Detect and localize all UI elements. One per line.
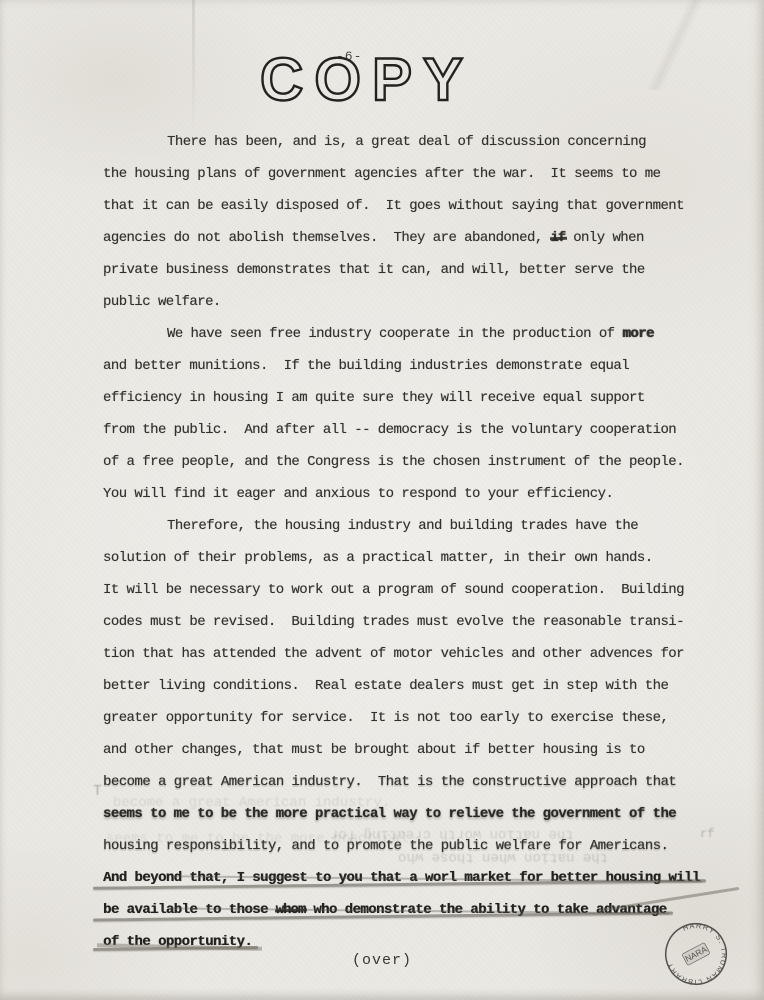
text-line-content: private business demonstrates that it ca… bbox=[103, 262, 645, 278]
text-line-content: from the public. And after all -- democr… bbox=[103, 422, 676, 438]
text-line-content: solution of their problems, as a practic… bbox=[103, 550, 653, 566]
text-line: the housing plans of government agencies… bbox=[103, 166, 715, 198]
text-segment: We have seen free industry cooperate in … bbox=[167, 326, 622, 342]
paper-crease bbox=[192, 0, 195, 135]
text-line: There has been, and is, a great deal of … bbox=[103, 134, 715, 166]
text-segment: that it can be easily disposed of. It go… bbox=[103, 198, 684, 214]
text-line-content: the housing plans of government agencies… bbox=[103, 166, 660, 182]
text-line-content: efficiency in housing I am quite sure th… bbox=[103, 390, 645, 406]
ghost-text: T bbox=[93, 783, 102, 800]
paper-crease bbox=[590, 0, 760, 90]
text-line: of a free people, and the Congress is th… bbox=[103, 454, 715, 486]
text-segment: housing responsibility, and to promote t… bbox=[103, 838, 668, 854]
text-line: and other changes, that must be brought … bbox=[103, 742, 715, 774]
copy-stamp-text: COPY bbox=[260, 46, 474, 112]
text-segment: seems to me to be the more practical way… bbox=[103, 806, 676, 822]
text-line: efficiency in housing I am quite sure th… bbox=[103, 390, 715, 422]
text-line-content: of a free people, and the Congress is th… bbox=[103, 454, 684, 470]
overstruck-word: if bbox=[551, 230, 566, 246]
text-line: private business demonstrates that it ca… bbox=[103, 262, 715, 294]
text-line-content: It will be necessary to work out a progr… bbox=[103, 582, 684, 598]
text-segment: There has been, and is, a great deal of … bbox=[167, 134, 646, 150]
text-line: agencies do not abolish themselves. They… bbox=[103, 230, 715, 262]
text-segment: agencies do not abolish themselves. They… bbox=[103, 230, 551, 246]
text-segment: efficiency in housing I am quite sure th… bbox=[103, 390, 645, 406]
text-segment: Therefore, the housing industry and buil… bbox=[167, 518, 638, 534]
text-line-content: public welfare. bbox=[103, 294, 221, 310]
text-segment: the housing plans of government agencies… bbox=[103, 166, 660, 182]
page-number: -6- bbox=[336, 49, 362, 64]
document-body: There has been, and is, a great deal of … bbox=[103, 134, 715, 966]
text-line-content: housing responsibility, and to promote t… bbox=[103, 838, 668, 854]
copy-stamp: COPY bbox=[258, 46, 490, 112]
text-segment: of the opportunity. bbox=[103, 934, 252, 950]
text-line: We have seen free industry cooperate in … bbox=[103, 326, 715, 358]
text-line: and better munitions. If the building in… bbox=[103, 358, 715, 390]
overstruck-word: more bbox=[622, 326, 653, 342]
text-segment: solution of their problems, as a practic… bbox=[103, 550, 653, 566]
text-line-content: and better munitions. If the building in… bbox=[103, 358, 629, 374]
text-segment: better living conditions. Real estate de… bbox=[103, 678, 668, 694]
text-line-content: We have seen free industry cooperate in … bbox=[167, 326, 654, 342]
text-line-content: There has been, and is, a great deal of … bbox=[167, 134, 646, 150]
text-segment: codes must be revised. Building trades m… bbox=[103, 614, 684, 630]
text-segment: of a free people, and the Congress is th… bbox=[103, 454, 684, 470]
text-segment: from the public. And after all -- democr… bbox=[103, 422, 676, 438]
text-segment: and other changes, that must be brought … bbox=[103, 742, 645, 758]
text-segment: greater opportunity for service. It is n… bbox=[103, 710, 668, 726]
text-segment: become a great American industry. That i… bbox=[103, 774, 676, 790]
text-line: public welfare. bbox=[103, 294, 715, 326]
text-segment: You will find it eager and anxious to re… bbox=[103, 486, 613, 502]
text-line-content: and other changes, that must be brought … bbox=[103, 742, 645, 758]
text-line-content: be available to those whom who demonstra… bbox=[103, 902, 667, 918]
text-line-content: tion that has attended the advent of mot… bbox=[103, 646, 684, 662]
text-segment: public welfare. bbox=[103, 294, 221, 310]
text-line-content: that it can be easily disposed of. It go… bbox=[103, 198, 684, 214]
text-line: And beyond that, I suggest to you that a… bbox=[103, 870, 715, 902]
text-line: tion that has attended the advent of mot… bbox=[103, 646, 715, 678]
text-line-content: codes must be revised. Building trades m… bbox=[103, 614, 684, 630]
text-line-content: greater opportunity for service. It is n… bbox=[103, 710, 668, 726]
document-page: COPY -6- There has been, and is, a great… bbox=[0, 0, 764, 1000]
text-line: better living conditions. Real estate de… bbox=[103, 678, 715, 710]
overstruck-word: whom bbox=[276, 902, 306, 918]
text-line: codes must be revised. Building trades m… bbox=[103, 614, 715, 646]
text-line: that it can be easily disposed of. It go… bbox=[103, 198, 715, 230]
text-segment: private business demonstrates that it ca… bbox=[103, 262, 645, 278]
text-line: greater opportunity for service. It is n… bbox=[103, 710, 715, 742]
text-line: Therefore, the housing industry and buil… bbox=[103, 518, 715, 550]
text-segment: only when bbox=[565, 230, 644, 246]
text-line-content: of the opportunity. bbox=[103, 934, 252, 950]
text-segment: And beyond that, I suggest to you that a… bbox=[103, 870, 700, 886]
text-line: from the public. And after all -- democr… bbox=[103, 422, 715, 454]
text-line-content: And beyond that, I suggest to you that a… bbox=[103, 870, 700, 886]
text-line: You will find it eager and anxious to re… bbox=[103, 486, 715, 518]
text-line-content: You will find it eager and anxious to re… bbox=[103, 486, 613, 502]
text-line: It will be necessary to work out a progr… bbox=[103, 582, 715, 614]
text-line: become a great American industry. That i… bbox=[103, 774, 715, 806]
text-line-content: Therefore, the housing industry and buil… bbox=[167, 518, 638, 534]
over-note: (over) bbox=[0, 952, 764, 969]
text-line-content: agencies do not abolish themselves. They… bbox=[103, 230, 644, 246]
text-line: housing responsibility, and to promote t… bbox=[103, 838, 715, 870]
text-line: solution of their problems, as a practic… bbox=[103, 550, 715, 582]
text-segment: and better munitions. If the building in… bbox=[103, 358, 629, 374]
text-line-content: seems to me to be the more practical way… bbox=[103, 806, 676, 822]
text-segment: tion that has attended the advent of mot… bbox=[103, 646, 684, 662]
text-segment: It will be necessary to work out a progr… bbox=[103, 582, 684, 598]
text-line-content: become a great American industry. That i… bbox=[103, 774, 676, 790]
text-segment: who demonstrate the ability to take adva… bbox=[305, 902, 666, 918]
text-line-content: better living conditions. Real estate de… bbox=[103, 678, 668, 694]
text-line: seems to me to be the more practical way… bbox=[103, 806, 715, 838]
text-segment: be available to those bbox=[103, 902, 276, 918]
